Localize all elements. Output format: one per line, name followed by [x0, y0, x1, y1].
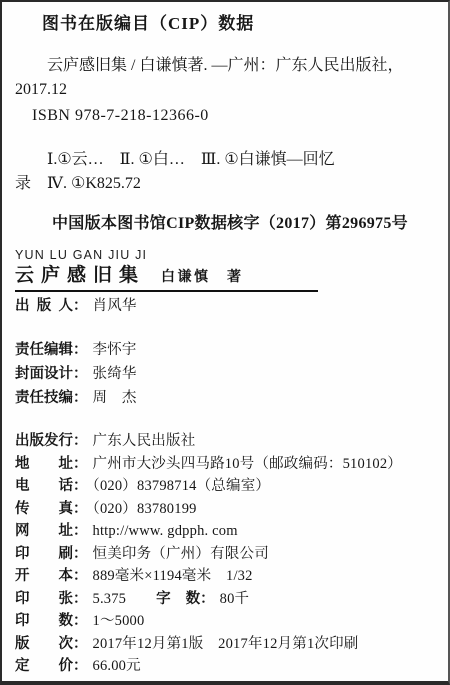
chief-editor-row: 责任编辑：李怀宇 [15, 338, 442, 362]
label-value-pair: 印张：5.375 [15, 591, 126, 607]
field-label: 传真 [15, 498, 73, 521]
field-colon: ： [73, 478, 88, 494]
field-colon: ： [73, 523, 88, 539]
field-value: （020）83798714（总编室） [93, 478, 271, 494]
website-row: 网址：http://www. gdpph. com [15, 520, 442, 543]
title-divider [15, 290, 318, 292]
publisher-row: 出版发行：广东人民出版社 [15, 430, 442, 453]
label-value-pair: 网址：http://www. gdpph. com [15, 523, 238, 539]
sheets-row: 印张：5.375字数：80千 [15, 588, 442, 611]
label-value-pair: 责任编辑：李怀宇 [15, 342, 137, 358]
label-value-pair: 传真：（020）83780199 [15, 501, 197, 517]
label-value-pair: 定价：66.00元 [15, 658, 141, 674]
field-value: 肖风华 [93, 298, 137, 314]
copyright-page: 图书在版编目（CIP）数据 云庐感旧集 / 白谦慎著. —广州：广东人民出版社，… [0, 0, 450, 685]
label-value-pair: 印刷：恒美印务（广州）有限公司 [15, 546, 269, 562]
tech-editor-row: 责任技编：周 杰 [15, 386, 442, 410]
field-colon: ： [73, 390, 88, 406]
field-value: 张绮华 [93, 366, 137, 382]
label-value-pair: 封面设计：张绮华 [15, 366, 137, 382]
field-colon: ： [73, 658, 88, 674]
field-value: 周 杰 [93, 390, 137, 406]
staff-credits-block: 责任编辑：李怀宇封面设计：张绮华责任技编：周 杰 [15, 338, 442, 410]
label-value-pair: 出版发行：广东人民出版社 [15, 433, 195, 449]
format-row: 开本：889毫米×1194毫米 1/32 [15, 565, 442, 588]
label-value-pair: 责任技编：周 杰 [15, 390, 137, 406]
field-label: 印数 [15, 610, 73, 633]
phone-row: 电话：（020）83798714（总编室） [15, 475, 442, 498]
field-value: （020）83780199 [93, 501, 197, 517]
field-label: 电话 [15, 475, 73, 498]
field-value: 广东人民出版社 [93, 433, 196, 449]
field-value: 1～5000 [93, 613, 145, 629]
field-value: 80千 [220, 591, 250, 607]
field-colon: ： [73, 636, 88, 652]
cip-record-line-2: 2017.12 [15, 78, 442, 102]
field-label: 出版人 [15, 294, 73, 318]
label-value-pair: 地址：广州市大沙头四马路10号（邮政编码：510102） [15, 456, 402, 472]
price-row: 定价：66.00元 [15, 655, 442, 678]
edition-row: 版次：2017年12月第1版 2017年12月第1次印刷 [15, 633, 442, 656]
cip-classification-line-2: 录 Ⅳ. ①K825.72 [15, 172, 442, 196]
label-value-pair: 印数：1～5000 [15, 613, 144, 629]
title-row: 云庐感旧集 白谦慎 著 [15, 262, 442, 290]
printer-row: 印刷：恒美印务（广州）有限公司 [15, 543, 442, 566]
field-label: 定价 [15, 655, 73, 678]
field-label: 出版发行 [15, 430, 73, 453]
print-run-row: 印数：1～5000 [15, 610, 442, 633]
field-colon: ： [73, 456, 88, 472]
field-value: 恒美印务（广州）有限公司 [93, 546, 269, 562]
field-colon: ： [73, 366, 88, 382]
cip-check-number: 中国版本图书馆CIP数据核字（2017）第296975号 [15, 212, 442, 236]
field-label: 字数 [156, 588, 200, 611]
field-label: 责任编辑 [15, 338, 73, 362]
label-value-pair: 字数：80千 [156, 591, 249, 607]
publisher-person-row: 出版人：肖风华 [15, 294, 442, 318]
label-value-pair: 版次：2017年12月第1版 2017年12月第1次印刷 [15, 636, 359, 652]
address-row: 地址：广州市大沙头四马路10号（邮政编码：510102） [15, 453, 442, 476]
field-label: 印张 [15, 588, 73, 611]
publisher-person-block: 出版人：肖风华 [15, 294, 442, 318]
field-value: 889毫米×1194毫米 1/32 [93, 568, 253, 584]
publication-info-block: 出版发行：广东人民出版社地址：广州市大沙头四马路10号（邮政编码：510102）… [15, 430, 442, 678]
field-label: 网址 [15, 520, 73, 543]
field-label: 版次 [15, 633, 73, 656]
field-colon: ： [73, 546, 88, 562]
cip-heading: 图书在版编目（CIP）数据 [42, 12, 442, 36]
label-value-pair: 出版人：肖风华 [15, 298, 137, 314]
fax-row: 传真：（020）83780199 [15, 498, 442, 521]
field-colon: ： [200, 591, 215, 607]
book-author: 白谦慎 著 [161, 266, 244, 286]
cover-design-row: 封面设计：张绮华 [15, 362, 442, 386]
field-colon: ： [73, 568, 88, 584]
field-colon: ： [73, 501, 88, 517]
field-value: 李怀宇 [93, 342, 137, 358]
field-label: 印刷 [15, 543, 73, 566]
label-value-pair: 电话：（020）83798714（总编室） [15, 478, 270, 494]
field-colon: ： [73, 298, 88, 314]
cip-classification-line-1: Ⅰ.①云… Ⅱ. ①白… Ⅲ. ①白谦慎—回忆 [15, 148, 442, 172]
field-label: 责任技编 [15, 386, 73, 410]
field-colon: ： [73, 591, 88, 607]
book-title: 云庐感旧集 [15, 262, 145, 290]
field-label: 开本 [15, 565, 73, 588]
label-value-pair: 开本：889毫米×1194毫米 1/32 [15, 568, 253, 584]
field-label: 封面设计 [15, 362, 73, 386]
isbn-number: ISBN 978-7-218-12366-0 [15, 104, 442, 128]
cip-record-line-1: 云庐感旧集 / 白谦慎著. —广州：广东人民出版社， [15, 54, 442, 78]
field-colon: ： [73, 342, 88, 358]
field-label: 地址 [15, 453, 73, 476]
field-value: http://www. gdpph. com [93, 523, 238, 539]
field-value: 2017年12月第1版 2017年12月第1次印刷 [93, 636, 359, 652]
field-value: 66.00元 [93, 658, 141, 674]
field-value: 5.375 [93, 591, 127, 607]
title-pinyin: YUN LU GAN JIU JI [15, 248, 442, 262]
field-colon: ： [73, 433, 88, 449]
field-colon: ： [73, 613, 88, 629]
field-value: 广州市大沙头四马路10号（邮政编码：510102） [93, 456, 403, 472]
